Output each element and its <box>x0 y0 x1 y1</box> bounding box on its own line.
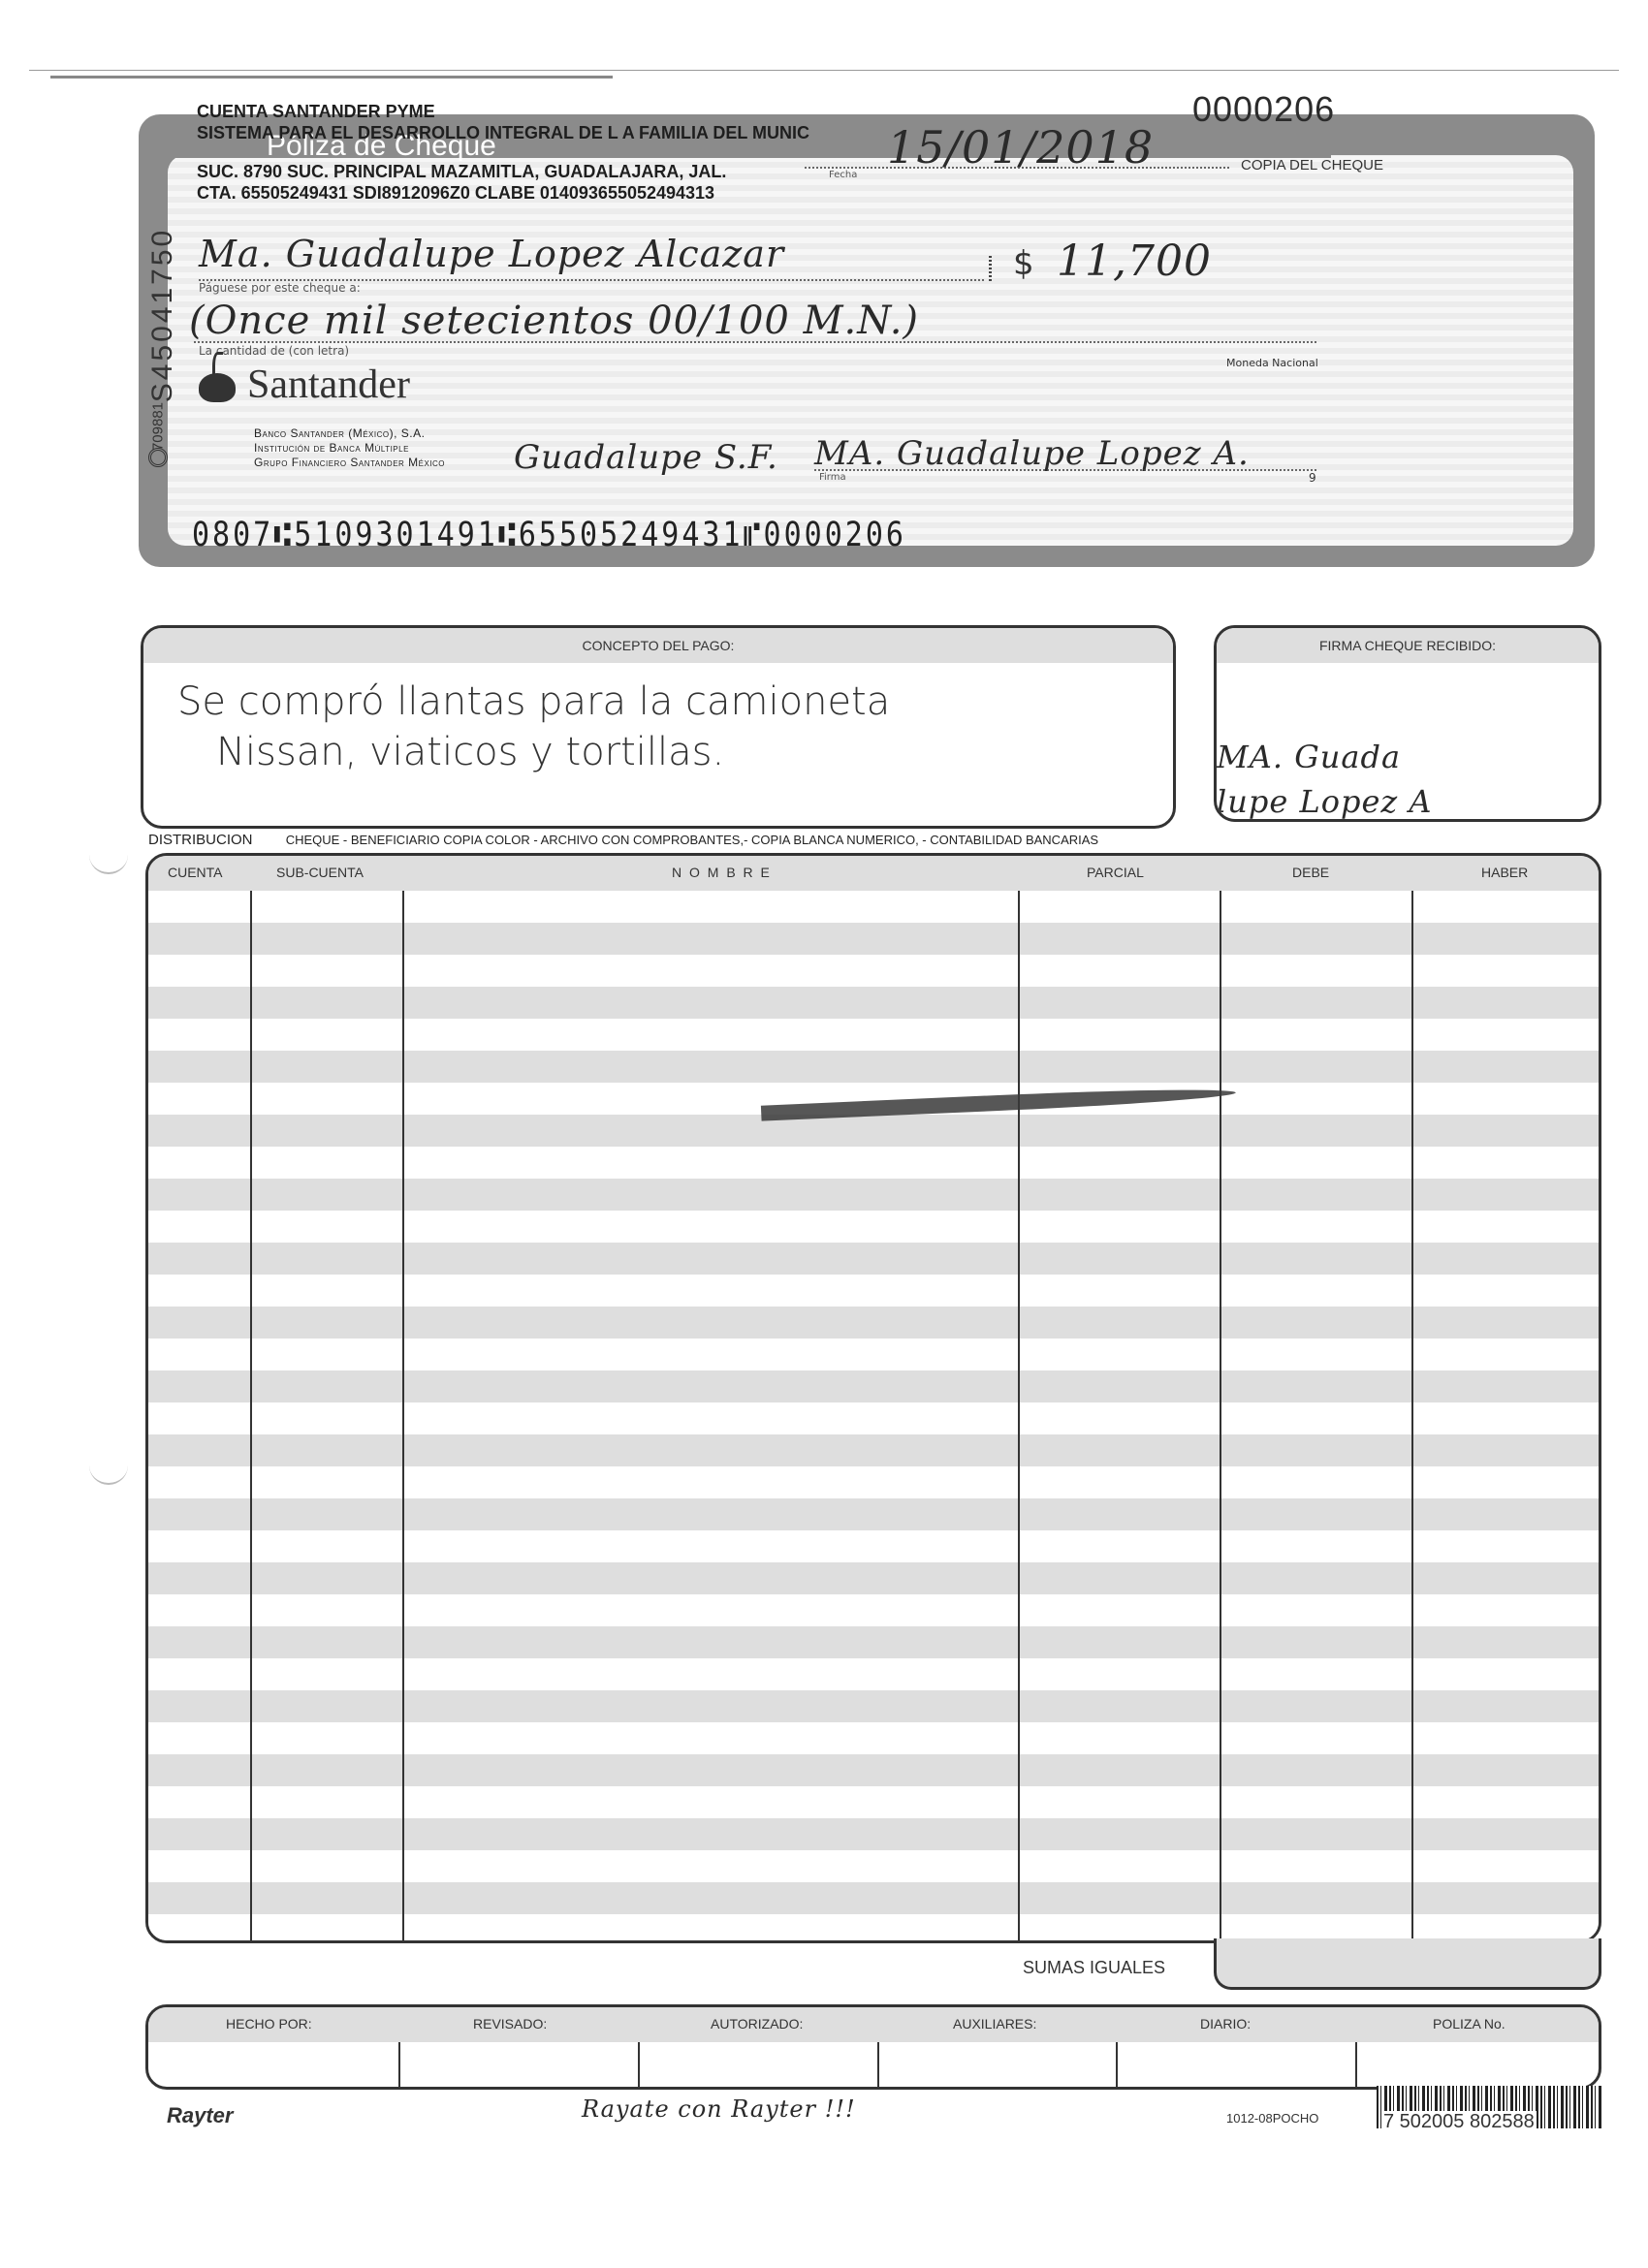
signature-line-text: MA. Guada <box>1217 735 1433 779</box>
concept-line: Nissan, viaticos y tortillas. <box>216 727 890 777</box>
signoff-divider <box>638 2042 640 2087</box>
distribution-text: CHEQUE - BENEFICIARIO COPIA COLOR - ARCH… <box>286 833 1098 847</box>
micr-line: 0807⑆5109301491⑆65505249431⑈0000206 <box>192 516 906 554</box>
distribution-note: DISTRIBUCION CHEQUE - BENEFICIARIO COPIA… <box>148 832 1098 848</box>
payee-label: Páguese por este cheque a: <box>199 281 361 295</box>
totals-box <box>1214 1938 1601 1990</box>
signoff-table: HECHO POR: REVISADO: AUTORIZADO: AUXILIA… <box>145 2004 1601 2090</box>
scan-edge-line <box>29 70 1619 71</box>
copy-label: COPIA DEL CHEQUE <box>1241 157 1383 173</box>
printer-slogan: Rayate con Rayter !!! <box>582 2095 856 2123</box>
column-header-nombre: N O M B R E <box>672 865 772 880</box>
amount-words: (Once mil setecientos 00/100 M.N.) <box>189 299 919 343</box>
received-signature-box: FIRMA CHEQUE RECIBIDO: MA. Guada lupe Lo… <box>1214 625 1601 822</box>
column-divider <box>1411 891 1413 1940</box>
barcode-number: 7 502005 802588 <box>1381 2111 1537 2133</box>
column-divider <box>1220 891 1221 1940</box>
distribution-label: DISTRIBUCION <box>148 832 253 848</box>
santander-flame-icon <box>199 373 236 402</box>
totals-label: SUMAS IGUALES <box>1023 1958 1165 1978</box>
amount-symbol: $ <box>1013 244 1034 283</box>
account-type: CUENTA SANTANDER PYME <box>197 101 809 122</box>
cheque-number: 0000206 <box>1192 89 1335 130</box>
column-divider <box>250 891 252 1940</box>
column-divider <box>402 891 404 1940</box>
payee-value: Ma. Guadalupe Lopez Alcazar <box>199 233 784 275</box>
signoff-divider <box>877 2042 879 2087</box>
signature-2: MA. Guadalupe Lopez A. <box>814 434 1250 473</box>
scan-edge-shadow <box>50 76 613 79</box>
punch-hole-mark <box>89 1464 128 1485</box>
signoff-diario: DIARIO: <box>1200 2016 1251 2032</box>
signoff-poliza-no: POLIZA No. <box>1433 2016 1505 2032</box>
fingerprint-icon <box>148 448 168 467</box>
punch-hole-mark <box>89 853 128 874</box>
form-code: 1012-08POCHO <box>1226 2111 1318 2126</box>
payment-concept-box: CONCEPTO DEL PAGO: Se compró llantas par… <box>141 625 1176 829</box>
date-microline <box>805 167 1231 169</box>
signoff-header: HECHO POR: REVISADO: AUTORIZADO: AUXILIA… <box>148 2007 1599 2042</box>
concept-line: Se compró llantas para la camioneta <box>177 677 890 727</box>
date-value: 15/01/2018 <box>887 121 1154 173</box>
column-header-haber: HABER <box>1481 865 1528 880</box>
signature-line <box>814 469 1318 471</box>
cheque-body <box>168 155 1573 546</box>
amount-words-line <box>194 341 1318 343</box>
signature-label: Firma <box>819 472 846 483</box>
currency-label: Moneda Nacional <box>1226 357 1318 369</box>
date-label: Fecha <box>829 170 857 180</box>
column-header-debe: DEBE <box>1292 865 1329 880</box>
signoff-hecho-por: HECHO POR: <box>226 2016 312 2032</box>
branch-line: SUC. 8790 SUC. PRINCIPAL MAZAMITLA, GUAD… <box>197 161 809 182</box>
table-rows <box>148 891 1599 1940</box>
bank-legal-lines: Banco Santander (México), S.A. Instituci… <box>254 426 445 470</box>
signoff-divider <box>1355 2042 1357 2087</box>
signature-line-text: lupe Lopez A <box>1217 779 1433 822</box>
signature-1: Guadalupe S.F. <box>514 438 778 477</box>
account-holder: SISTEMA PARA EL DESARROLLO INTEGRAL DE L… <box>197 122 809 143</box>
bank-line: Institución de Banca Múltiple <box>254 441 445 456</box>
bank-line: Banco Santander (México), S.A. <box>254 426 445 441</box>
payment-concept-label: CONCEPTO DEL PAGO: <box>143 628 1173 663</box>
column-header-cuenta: CUENTA <box>168 865 223 880</box>
column-divider <box>1018 891 1020 1940</box>
amount-box-divider <box>989 254 992 281</box>
received-signature: MA. Guada lupe Lopez A <box>1217 735 1433 822</box>
account-header: CUENTA SANTANDER PYME SISTEMA PARA EL DE… <box>197 101 809 204</box>
payment-concept-text: Se compró llantas para la camioneta Niss… <box>177 677 890 777</box>
column-header-parcial: PARCIAL <box>1087 865 1144 880</box>
signoff-revisado: REVISADO: <box>473 2016 547 2032</box>
bank-name: Santander <box>247 362 410 408</box>
signoff-autorizado: AUTORIZADO: <box>711 2016 803 2032</box>
signature-mark: 9 <box>1309 471 1316 485</box>
account-numbers: CTA. 65505249431 SDI8912096Z0 CLABE 0140… <box>197 182 809 204</box>
printer-logo: Rayter <box>167 2103 233 2128</box>
amount-value: 11,700 <box>1057 236 1212 286</box>
accounts-table: CUENTA SUB-CUENTA N O M B R E PARCIAL DE… <box>145 853 1601 1943</box>
table-header: CUENTA SUB-CUENTA N O M B R E PARCIAL DE… <box>148 856 1599 891</box>
side-code: 709881 <box>143 368 173 485</box>
signoff-auxiliares: AUXILIARES: <box>953 2016 1036 2032</box>
bank-line: Grupo Financiero Santander México <box>254 456 445 470</box>
signoff-divider <box>1116 2042 1118 2087</box>
signoff-divider <box>398 2042 400 2087</box>
received-signature-label: FIRMA CHEQUE RECIBIDO: <box>1217 628 1599 663</box>
column-header-subcuenta: SUB-CUENTA <box>276 865 364 880</box>
